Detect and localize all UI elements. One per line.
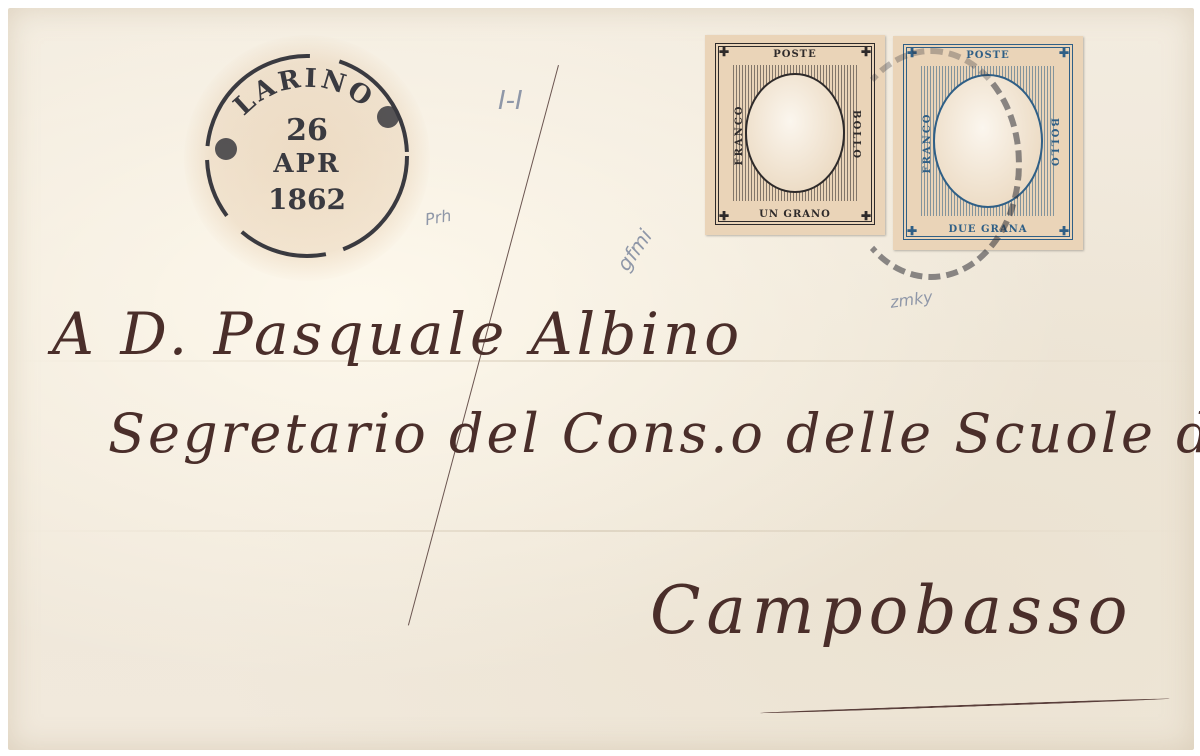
stamp-left-text: FRANCO — [734, 105, 745, 166]
cross-icon: ✚ — [1059, 46, 1069, 60]
postmark-day: 26 — [196, 113, 418, 148]
address-recipient: A D. Pasquale Albino — [52, 300, 743, 368]
pencil-note: I-I — [498, 86, 523, 116]
postmark-year: 1862 — [196, 183, 418, 216]
stamp-right-text: BOLLO — [1048, 118, 1059, 168]
king-portrait-icon — [745, 73, 845, 193]
address-title: Segretario del Cons.o delle Scuole di — [108, 402, 1200, 465]
cross-icon: ✚ — [719, 209, 729, 223]
cross-icon: ✚ — [719, 45, 729, 59]
stamp-top-text: POSTE — [705, 49, 885, 60]
postmark: LARINO 26 APR 1862 — [196, 45, 418, 267]
address-city: Campobasso — [650, 572, 1134, 649]
numeral-cancellation — [840, 48, 1022, 280]
cross-icon: ✚ — [1059, 224, 1069, 238]
cross-icon: ✚ — [861, 45, 871, 59]
fold-line — [8, 530, 1194, 532]
postmark-month: APR — [196, 149, 418, 179]
